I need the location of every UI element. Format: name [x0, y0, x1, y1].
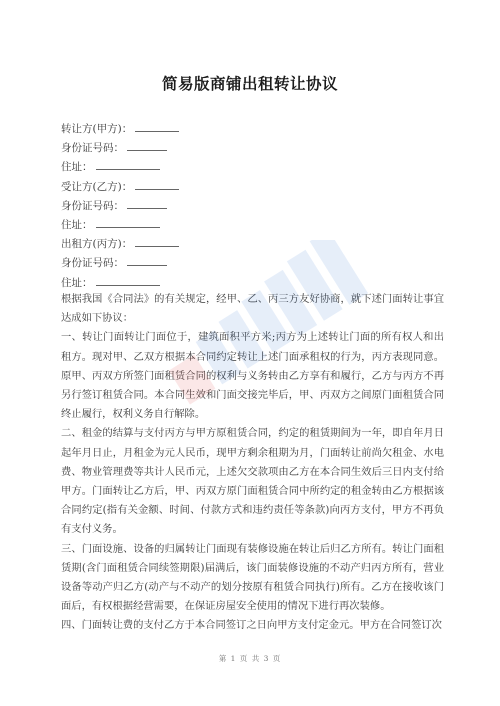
field-label: 出租方(丙方)： [61, 238, 132, 250]
document-body: 根据我国《合同法》的有关规定，经甲、乙、丙三方友好协商，就下述门面转让事宜达成如… [61, 290, 444, 636]
field-lessor-id: 身份证号码： [61, 254, 179, 273]
blank-line[interactable] [135, 238, 179, 247]
field-label: 身份证号码： [61, 257, 124, 269]
field-label: 住址： [61, 277, 93, 289]
document-title: 简易版商铺出租转让协议 [0, 72, 500, 94]
page-footer: 第 1 页 共 3 页 [0, 653, 500, 664]
paragraph-clause-3: 三、门面设施、设备的归属转让门面现有装修设施在转让后归乙方所有。转让门面租赁期(… [61, 540, 444, 617]
blank-line[interactable] [135, 123, 179, 132]
document-page: 简易版商铺出租转让协议 转让方(甲方)： 身份证号码： 住址： 受让方(乙方)：… [0, 0, 500, 706]
paragraph-clause-2: 二、租金的结算与支付丙方与甲方原租赁合同，约定的租赁期间为一年，即自年月日起年月… [61, 424, 444, 539]
field-transferor-id: 身份证号码： [61, 139, 179, 158]
field-label: 身份证号码： [61, 200, 124, 212]
field-transferee-id: 身份证号码： [61, 197, 179, 216]
field-lessor: 出租方(丙方)： [61, 235, 179, 254]
field-transferee: 受让方(乙方)： [61, 178, 179, 197]
field-label: 受让方(乙方)： [61, 181, 132, 193]
paragraph-clause-4: 四、门面转让费的支付乙方于本合同签订之日向甲方支付定金元。甲方在合同签订次 [61, 616, 444, 635]
blank-line[interactable] [127, 200, 167, 209]
blank-line[interactable] [96, 277, 160, 286]
blank-line[interactable] [96, 161, 160, 170]
paragraph-preamble: 根据我国《合同法》的有关规定，经甲、乙、丙三方友好协商，就下述门面转让事宜达成如… [61, 290, 444, 328]
field-label: 住址： [61, 219, 93, 231]
blank-line[interactable] [96, 219, 160, 228]
blank-line[interactable] [135, 181, 179, 190]
party-fields: 转让方(甲方)： 身份证号码： 住址： 受让方(乙方)： 身份证号码： 住址： … [61, 120, 179, 293]
blank-line[interactable] [127, 257, 167, 266]
field-label: 住址： [61, 161, 93, 173]
paragraph-clause-1: 一、转让门面转让门面位于，建筑面积平方米;丙方为上述转让门面的所有权人和出租方。… [61, 328, 444, 424]
field-label: 身份证号码： [61, 142, 124, 154]
field-transferee-address: 住址： [61, 216, 179, 235]
field-transferor-address: 住址： [61, 158, 179, 177]
field-label: 转让方(甲方)： [61, 123, 132, 135]
field-transferor: 转让方(甲方)： [61, 120, 179, 139]
blank-line[interactable] [127, 142, 167, 151]
